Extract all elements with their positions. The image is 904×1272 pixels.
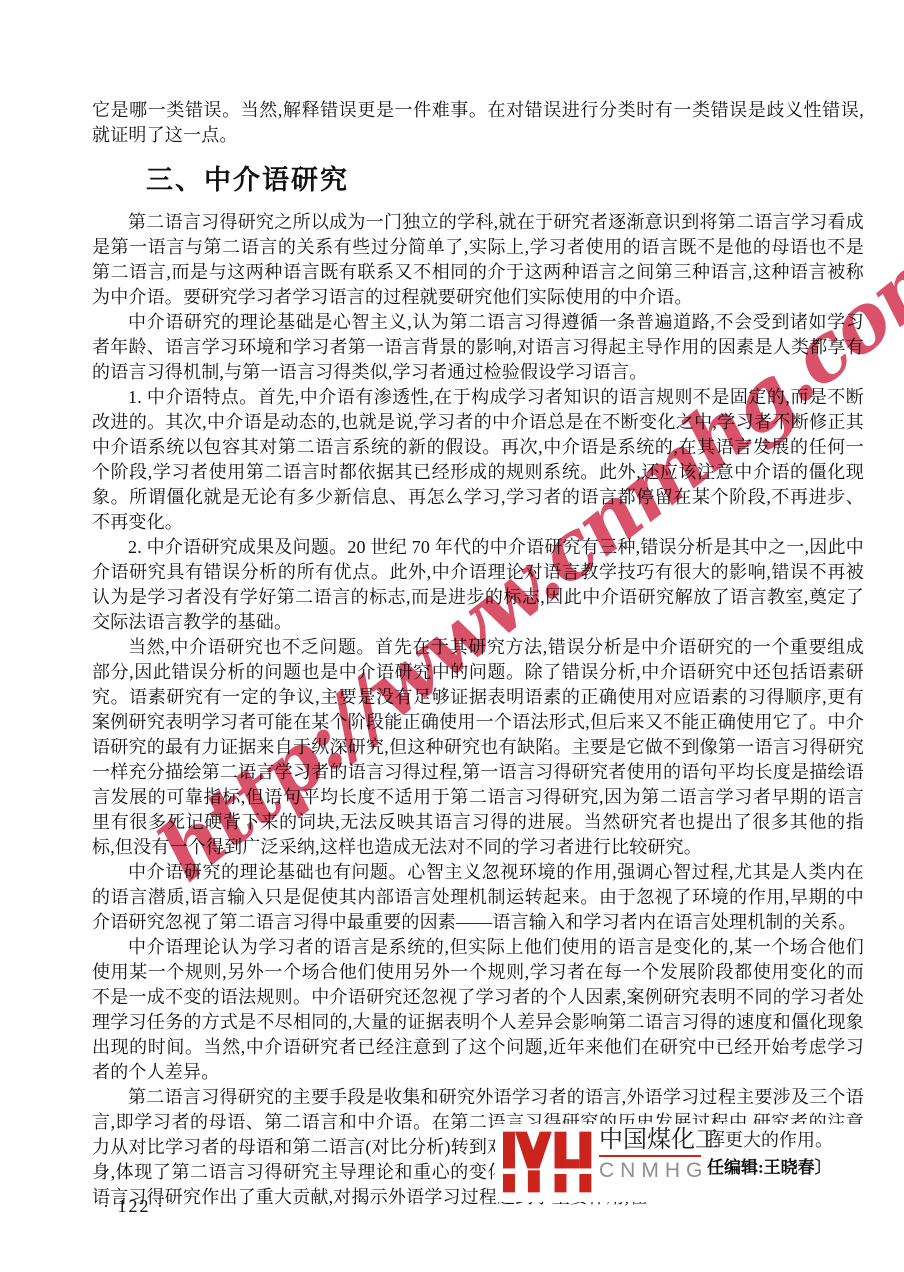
paragraph: 2. 中介语研究成果及问题。20 世纪 70 年代的中介语研究有三种,错误分析是… xyxy=(92,535,864,635)
logo-text-block: 中国煤化工 CNMHG xyxy=(599,1126,703,1182)
paragraph: 中介语研究的理论基础是心智主义,认为第二语言习得遵循一条普遍道路,不会受到诸如学… xyxy=(92,310,864,385)
paragraph-continuation: 它是哪一类错误。当然,解释错误更是一件难事。在对错误进行分类时有一类错误是歧义性… xyxy=(92,98,864,148)
section-heading: 三、中介语研究 xyxy=(146,163,864,197)
editor-note: 任编辑:王晓春〕 xyxy=(707,1157,832,1179)
paragraph: 中介语理论认为学习者的语言是系统的,但实际上他们使用的语言是变化的,某一个场合他… xyxy=(92,935,864,1085)
logo-cn-name: 中国煤化工 xyxy=(599,1126,703,1154)
logo-en-abbr: CNMHG xyxy=(599,1160,703,1182)
tail-text: 挥更大的作用。 xyxy=(707,1128,833,1153)
body-text-column: 它是哪一类错误。当然,解释错误更是一件难事。在对错误进行分类时有一类错误是歧义性… xyxy=(92,98,864,1210)
paragraph: 1. 中介语特点。首先,中介语有渗透性,在于构成学习者知识的语言规则不是固定的,… xyxy=(92,385,864,535)
publisher-logo: 中国煤化工 CNMHG 挥更大的作用。 任编辑:王晓春〕 xyxy=(495,1124,864,1202)
paragraph: 当然,中介语研究也不乏问题。首先在于其研究方法,错误分析是中介语研究的一个重要组… xyxy=(92,635,864,860)
page-number: · 122 · xyxy=(103,1196,165,1217)
cnmhg-monogram-icon xyxy=(503,1130,595,1194)
logo-underline xyxy=(599,1155,701,1157)
document-page: http://www.cnmhg.com 它是哪一类错误。当然,解释错误更是一件… xyxy=(0,0,904,1272)
paragraph: 第二语言习得研究之所以成为一门独立的学科,就在于研究者逐渐意识到将第二语言学习看… xyxy=(92,210,864,310)
paragraph: 中介语研究的理论基础也有问题。心智主义忽视环境的作用,强调心智过程,尤其是人类内… xyxy=(92,860,864,935)
